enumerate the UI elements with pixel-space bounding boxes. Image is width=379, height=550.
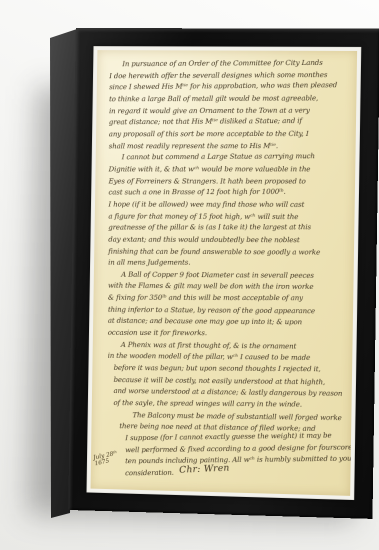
letter-line: since I shewed His Mᵗⁱᵉ for his approbat… (109, 80, 355, 94)
letter-line: consideration. (125, 466, 353, 480)
letter-line: & fixing for 350ˡᵇ and this will be most… (108, 293, 354, 305)
letter-line: occasion use it for fireworks. (108, 328, 354, 341)
letter-line: I hope (if it be allowed) wee may find t… (108, 199, 354, 211)
letter-line: greatnesse of the pillar & is (as I take… (108, 222, 354, 234)
letter-line: great distance; not that His Mᵗⁱᵉ dislik… (109, 116, 355, 130)
letter-line: any proposall of this sort be more accep… (109, 129, 355, 141)
letter-line: I cannot but commend a Large Statue as c… (109, 151, 355, 164)
letter-line: day extant; and this would undoubtedly b… (108, 234, 354, 247)
letter-line: before it was begun; but upon second tho… (114, 363, 354, 376)
letter-text: In pursuance of an Order of the Committe… (107, 58, 355, 484)
letter-line: Dignitie with it, & that wᶜʰ would be mo… (109, 164, 355, 176)
matte-border: In pursuance of an Order of the Committe… (86, 46, 361, 500)
letter-line: cast such a one in Brasse of 12 foot hig… (109, 187, 355, 200)
letter-line: of the sayle, the spread winges will car… (113, 398, 353, 412)
letter-line: In pursuance of an Order of the Committe… (109, 58, 355, 71)
letter-line: to thinke a large Ball of metall gilt wo… (109, 93, 355, 106)
letter-line: in all mens Judgements. (108, 258, 354, 270)
frame-front: In pursuance of an Order of the Committe… (68, 28, 379, 519)
letter-paper: In pursuance of an Order of the Committe… (91, 50, 358, 496)
framed-letter-photo: In pursuance of an Order of the Committe… (0, 0, 379, 550)
